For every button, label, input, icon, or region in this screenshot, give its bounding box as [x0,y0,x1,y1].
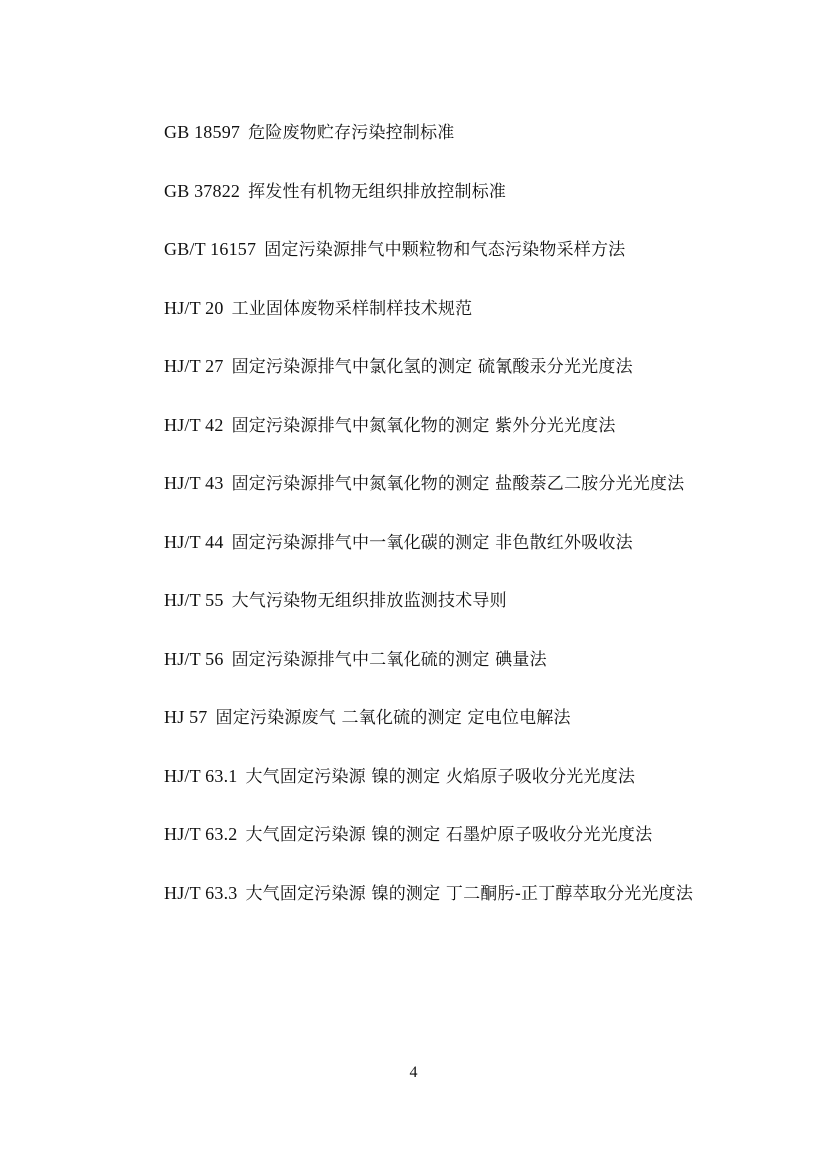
standard-code: HJ/T 55 [164,590,224,610]
standard-entry: GB 37822挥发性有机物无组织排放控制标准 [122,163,704,222]
standard-title: 固定污染源排气中氮氧化物的测定 盐酸萘乙二胺分光光度法 [232,474,685,494]
standard-code: HJ/T 42 [164,415,224,435]
standard-title: 固定污染源排气中颗粒物和气态污染物采样方法 [264,240,625,260]
page-number: 4 [0,1064,827,1082]
document-page: GB 18597危险废物贮存污染控制标准 GB 37822挥发性有机物无组织排放… [0,0,827,1169]
standard-title: 大气固定污染源 镍的测定 火焰原子吸收分光光度法 [245,767,635,787]
standard-entry: HJ/T 42固定污染源排气中氮氧化物的测定 紫外分光光度法 [122,397,704,456]
standard-entry: HJ/T 20工业固体废物采样制样技术规范 [122,280,704,339]
standard-code: HJ/T 27 [164,356,224,376]
standard-entry: GB 18597危险废物贮存污染控制标准 [122,104,704,163]
standard-entry: HJ/T 44固定污染源排气中一氧化碳的测定 非色散红外吸收法 [122,514,704,573]
standard-title: 固定污染源排气中氯化氢的测定 硫氰酸汞分光光度法 [232,357,633,377]
standard-title: 固定污染源排气中氮氧化物的测定 紫外分光光度法 [232,416,616,436]
standard-code: HJ/T 63.3 [164,883,237,903]
standard-title: 挥发性有机物无组织排放控制标准 [248,182,506,202]
standard-code: HJ/T 63.1 [164,766,237,786]
standard-title: 固定污染源废气 二氧化硫的测定 定电位电解法 [216,708,571,728]
standard-title: 固定污染源排气中一氧化碳的测定 非色散红外吸收法 [232,533,633,553]
standard-title: 大气污染物无组织排放监测技术导则 [232,591,507,611]
standard-entry: HJ 57固定污染源废气 二氧化硫的测定 定电位电解法 [122,689,704,748]
standard-title: 固定污染源排气中二氧化硫的测定 碘量法 [232,650,547,670]
standard-code: HJ/T 43 [164,473,224,493]
standard-entry: HJ/T 27固定污染源排气中氯化氢的测定 硫氰酸汞分光光度法 [122,338,704,397]
standard-code: HJ/T 56 [164,649,224,669]
standard-entry: HJ/T 63.1大气固定污染源 镍的测定 火焰原子吸收分光光度法 [122,748,704,807]
standard-entry: HJ/T 55大气污染物无组织排放监测技术导则 [122,572,704,631]
standard-code: GB 18597 [164,122,240,142]
standard-title: 危险废物贮存污染控制标准 [248,123,454,143]
standard-entry: HJ/T 63.3大气固定污染源 镍的测定 丁二酮肟-正丁醇萃取分光光度法 [122,865,704,924]
standard-title: 工业固体废物采样制样技术规范 [232,299,473,319]
standard-entry: HJ/T 56固定污染源排气中二氧化硫的测定 碘量法 [122,631,704,690]
standard-code: GB 37822 [164,181,240,201]
standard-entry: HJ/T 43固定污染源排气中氮氧化物的测定 盐酸萘乙二胺分光光度法 [122,455,704,514]
standard-title: 大气固定污染源 镍的测定 石墨炉原子吸收分光光度法 [245,825,652,845]
standard-code: GB/T 16157 [164,239,256,259]
standard-title: 大气固定污染源 镍的测定 丁二酮肟-正丁醇萃取分光光度法 [245,884,693,904]
standard-code: HJ 57 [164,707,208,727]
standard-entry: HJ/T 63.2大气固定污染源 镍的测定 石墨炉原子吸收分光光度法 [122,806,704,865]
standard-code: HJ/T 63.2 [164,824,237,844]
standard-code: HJ/T 44 [164,532,224,552]
standard-entry: GB/T 16157固定污染源排气中颗粒物和气态污染物采样方法 [122,221,704,280]
standard-code: HJ/T 20 [164,298,224,318]
standards-list: GB 18597危险废物贮存污染控制标准 GB 37822挥发性有机物无组织排放… [122,104,704,923]
